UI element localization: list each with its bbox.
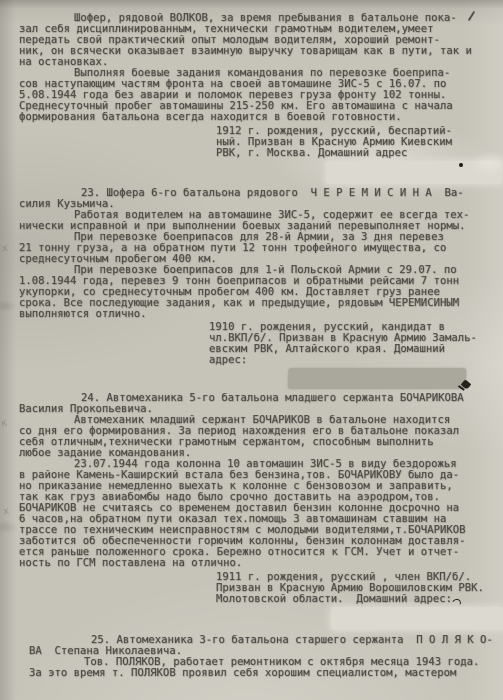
text-line: 1911 г. рождения, русский , член ВКП/б/. (216, 572, 497, 583)
text-line: Тов. ПОЛЯКОВ, работает ремонтником с окт… (29, 657, 497, 668)
text-line: сов наступающим частям фронта на своей а… (19, 79, 497, 90)
text-line: Работая водителем на автомашине ЗИС-5, с… (19, 210, 497, 221)
text-line: но приказание немедленно выехать к колон… (19, 481, 497, 492)
paragraph-24-fuel-convoy: 23.07.1944 года колонна 10 автомашин ЗИС… (19, 459, 497, 569)
redaction-address-bocharikov (331, 607, 503, 630)
text-line: 25. Автомеханика 3-го батальона старшего… (29, 635, 497, 646)
text-line: 21 тонну груза, а на обратном пути 12 то… (19, 243, 497, 254)
text-line: срока. Все последующие задания, как и пр… (19, 298, 497, 309)
text-line: выполняются отлично. (19, 309, 497, 320)
text-line: 5.08.1944 года без аварии и поломок пере… (19, 90, 497, 101)
text-line: ВА Степана Николаевича. (29, 646, 497, 657)
text-line: 1.08.1944 года, перевез 9 тонн боеприпас… (19, 276, 497, 287)
text-line: формирования батальона всегда находится … (19, 112, 497, 123)
paragraph-24-mechanic: Автомеханик младший сержант БОЧАРИКОВ в … (19, 415, 497, 459)
text-line: себя отличным,технически грамотным сержа… (19, 437, 497, 448)
text-line: ный. Призван в Красную Армию Киевским (216, 137, 497, 148)
text-line: ник, он всячески оказывает взаимную выру… (19, 46, 497, 57)
record-24-heading: 24. Автомеханика 5-го батальона младшего… (19, 393, 497, 415)
text-line: РВК, г. Москва. Домашний адрес (216, 148, 497, 159)
scanned-document-page: Шофер, рядовой ВОЛКОВ, за время пребыван… (0, 0, 503, 700)
text-line: При перевозке боеприпасов для 1-й Польск… (19, 265, 497, 276)
text-line: Среднесуточный пробег автомашины 215-250… (19, 101, 497, 112)
paper-light-patch (470, 150, 503, 176)
text-line: При перевозке боеприпасов для 28-й Армии… (19, 232, 497, 243)
text-line: укупорки, со среднесуточным пробегом 400… (19, 287, 497, 298)
redaction-address-cheremisin (288, 368, 467, 389)
paragraph-25-repairman: Тов. ПОЛЯКОВ, работает ремонтником с окт… (29, 657, 497, 679)
text-line: заботится об обеспеченности горючим коло… (19, 536, 497, 547)
text-line: ность по ГСМ поставлена на отлично. (19, 558, 497, 569)
text-line: со дня его формирования. За период нахож… (19, 426, 497, 437)
text-line: среднесуточным пробегом 400 км. (19, 254, 497, 265)
text-line: трассе по техническим неисправностям с м… (19, 525, 497, 536)
text-line: адрес: (209, 355, 497, 366)
text-line: ется раньше положенного срока. Бережно о… (19, 547, 497, 558)
text-line: нически исправной и при выполнении боевы… (19, 221, 497, 232)
text-line: чл.ВКП/б/. Призван в Красную Армию Замал… (209, 333, 497, 344)
text-line: БОЧАРИКОВ не считаясь со временем достав… (19, 503, 497, 514)
text-line: силия Кузьмича. (19, 199, 497, 210)
text-line: 1910 г. рождения, русский, кандидат в (209, 322, 497, 333)
text-line: Автомеханик младший сержант БОЧАРИКОВ в … (19, 415, 497, 426)
text-line: Василия Прокопьевича. (19, 404, 497, 415)
text-line: передать свой практический опыт молодым … (19, 35, 497, 46)
text-line: 24. Автомеханика 5-го батальона младшего… (19, 393, 497, 404)
text-line: евским РВК, Алтайского края. Домашний (209, 344, 497, 355)
text-line: в районе Камень-Каширский встала без бен… (19, 470, 497, 481)
text-line: 23.07.1944 года колонна 10 автомашин ЗИС… (19, 459, 497, 470)
paragraph-volkov-service: Шофер, рядовой ВОЛКОВ, за время пребыван… (19, 13, 497, 68)
text-line: 1912 г. рождения, русский, беспартий- (216, 126, 497, 137)
text-line: Призван в Красную Армию Ворошиловским РВ… (216, 583, 497, 594)
text-line: любое задание командования. (19, 448, 497, 459)
info-block-cheremisin: 1910 г. рождения, русский, кандидат вчл.… (209, 322, 497, 366)
ink-dot-mark (459, 163, 463, 167)
text-line: Выполняя боевые задания командования по … (19, 68, 497, 79)
record-23-heading: 23. Шофера 6-го батальона рядового Ч Е Р… (19, 188, 497, 210)
text-line: зал себя дисциплинированным, технически … (19, 24, 497, 35)
text-line: на остановках. (19, 57, 497, 68)
paragraph-23-driver: Работая водителем на автомашине ЗИС-5, с… (19, 210, 497, 232)
paragraph-23-army-28: При перевозке боеприпасов для 28-й Армии… (19, 232, 497, 265)
text-line: 6 часов,на обратном пути оказал тех.помо… (19, 514, 497, 525)
text-line: За это время т. ПОЛЯКОВ проявил себя хор… (29, 668, 497, 679)
info-block-volkov: 1912 г. рождения, русский, беспартий-ный… (216, 126, 497, 159)
text-line: так как груз авиабомбы надо было срочно … (19, 492, 497, 503)
record-25-heading: 25. Автомеханика 3-го батальона старшего… (29, 635, 497, 657)
text-line: 23. Шофера 6-го батальона рядового Ч Е Р… (19, 188, 497, 199)
paragraph-23-polish-army: При перевозке боеприпасов для 1-й Польск… (19, 265, 497, 320)
paragraph-volkov-missions: Выполняя боевые задания командования по … (19, 68, 497, 123)
text-line: Шофер, рядовой ВОЛКОВ, за время пребыван… (19, 13, 497, 24)
